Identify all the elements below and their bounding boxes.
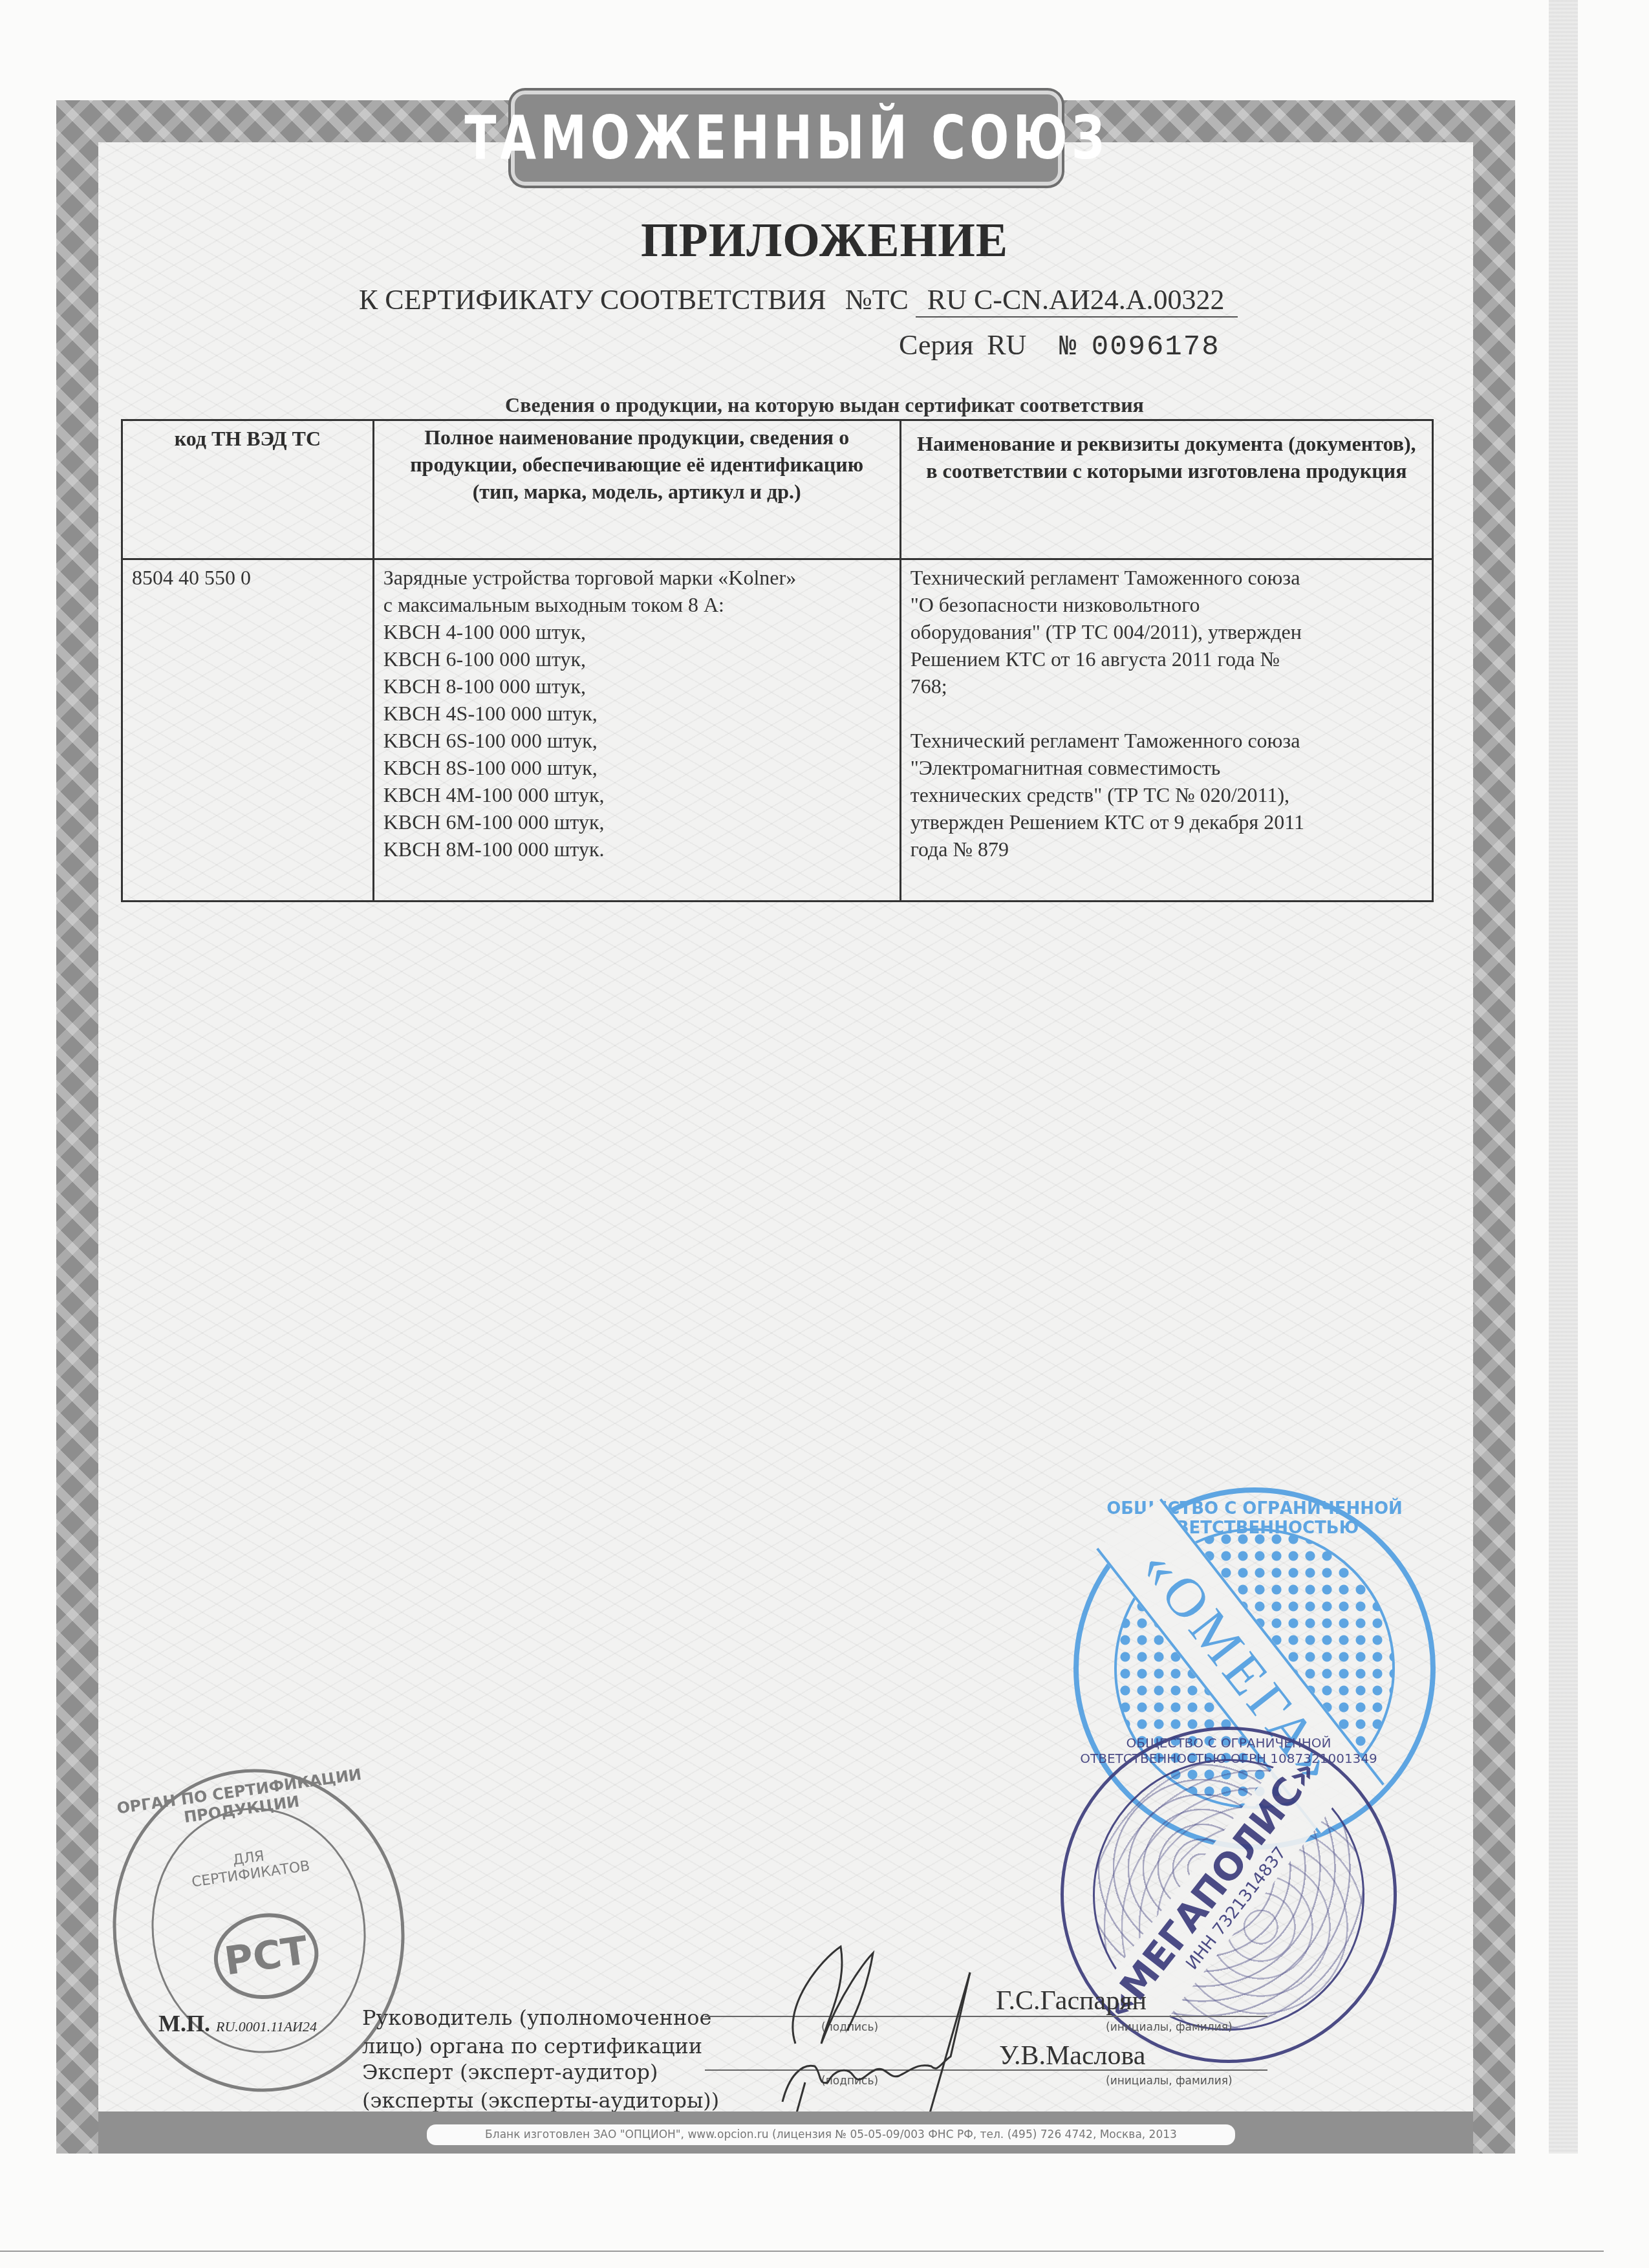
table-header-row: код ТН ВЭД ТС Полное наименование продук… bbox=[122, 420, 1433, 559]
regulation-line: 768; bbox=[911, 673, 1423, 700]
expert-label-line-1: Эксперт (эксперт-аудитор) bbox=[362, 2058, 719, 2086]
product-model: KBCH 8M-100 000 штук. bbox=[383, 836, 890, 863]
certificate-reference: К СЕРТИФИКАТУ СООТВЕТСТВИЯ №ТС RU C-CN.А… bbox=[359, 283, 1238, 318]
regulation-line: оборудования" (ТР ТС 004/2011), утвержде… bbox=[911, 618, 1423, 645]
series-label: Серия bbox=[899, 329, 973, 361]
head-label-line-1: Руководитель (уполномоченное bbox=[362, 2003, 711, 2032]
spacer bbox=[911, 700, 1423, 727]
cert-no-label: №ТС bbox=[845, 284, 909, 316]
product-model: KBCH 4S-100 000 штук, bbox=[383, 700, 890, 727]
regulation-line: Решением КТС от 16 августа 2011 года № bbox=[911, 645, 1423, 673]
customs-union-banner: ТАМОЖЕННЫЙ СОЮЗ bbox=[511, 91, 1062, 186]
cell-tn-ved-code: 8504 40 550 0 bbox=[122, 559, 374, 902]
form-printer-footer: Бланк изготовлен ЗАО "ОПЦИОН", www.opcio… bbox=[427, 2124, 1235, 2145]
head-label-line-2: лицо) органа по сертификации bbox=[362, 2032, 711, 2060]
expert-label-line-2: (эксперты (эксперты-аудиторы)) bbox=[362, 2086, 719, 2115]
table-row: 8504 40 550 0 Зарядные устройства торгов… bbox=[122, 559, 1433, 902]
regulation-line: технических средств" (ТР ТС № 020/2011), bbox=[911, 781, 1423, 808]
regulation-line: Технический регламент Таможенного союза bbox=[911, 727, 1423, 754]
product-model: KBCH 4M-100 000 штук, bbox=[383, 781, 890, 808]
scan-bottom-rule bbox=[0, 2251, 1604, 2252]
expert-name-caption: (инициалы, фамилия) bbox=[1106, 2075, 1233, 2088]
seal-code: RU.0001.11АИ24 bbox=[216, 2018, 317, 2035]
series-value: RU bbox=[987, 329, 1026, 361]
cert-number: RU C-CN.АИ24.А.00322 bbox=[916, 283, 1238, 318]
serial-no-label: № bbox=[1059, 331, 1077, 363]
cert-prefix: К СЕРТИФИКАТУ СООТВЕТСТВИЯ bbox=[359, 284, 826, 316]
product-model: KBCH 8-100 000 штук, bbox=[383, 673, 890, 700]
banner-text: ТАМОЖЕННЫЙ СОЮЗ bbox=[464, 103, 1108, 173]
regulation-line: года № 879 bbox=[911, 836, 1423, 863]
head-label: Руководитель (уполномоченное лицо) орган… bbox=[362, 2003, 711, 2060]
product-model: KBCH 8S-100 000 штук, bbox=[383, 754, 890, 781]
series-reference: Серия RU № 0096178 bbox=[899, 329, 1220, 363]
page-title: ПРИЛОЖЕНИЕ bbox=[0, 213, 1649, 268]
products-table: код ТН ВЭД ТС Полное наименование продук… bbox=[121, 419, 1434, 902]
regulation-line: "О безопасности низковольтного bbox=[911, 591, 1423, 618]
product-model: KBCH 6-100 000 штук, bbox=[383, 645, 890, 673]
table-caption: Сведения о продукции, на которую выдан с… bbox=[0, 393, 1649, 417]
regulation-line: утвержден Решением КТС от 9 декабря 2011 bbox=[911, 808, 1423, 836]
seal-place-mark: М.П. RU.0001.11АИ24 bbox=[158, 2010, 317, 2037]
product-model: KBCH 6S-100 000 штук, bbox=[383, 727, 890, 754]
product-model: KBCH 4-100 000 штук, bbox=[383, 618, 890, 645]
seal-mark: М.П. bbox=[158, 2011, 210, 2036]
head-name-caption: (инициалы, фамилия) bbox=[1106, 2021, 1233, 2034]
regulation-line: Технический регламент Таможенного союза bbox=[911, 564, 1423, 591]
tn-ved-code: 8504 40 550 0 bbox=[132, 564, 363, 591]
regulation-line: "Электромагнитная совместимость bbox=[911, 754, 1423, 781]
header-tn-ved-code: код ТН ВЭД ТС bbox=[122, 420, 374, 559]
serial-number: 0096178 bbox=[1092, 331, 1220, 363]
header-product-name: Полное наименование продукции, сведения … bbox=[373, 420, 900, 559]
scanner-edge-strip bbox=[1549, 0, 1578, 2154]
expert-name-line bbox=[996, 2069, 1267, 2071]
product-line: Зарядные устройства торговой марки «Koln… bbox=[383, 564, 890, 591]
product-model: KBCH 6M-100 000 штук, bbox=[383, 808, 890, 836]
header-documents: Наименование и реквизиты документа (доку… bbox=[900, 420, 1432, 559]
expert-label: Эксперт (эксперт-аудитор) (эксперты (экс… bbox=[362, 2058, 719, 2115]
product-line: с максимальным выходным током 8 А: bbox=[383, 591, 890, 618]
head-name-line bbox=[996, 2016, 1267, 2017]
cell-product-description: Зарядные устройства торговой марки «Koln… bbox=[373, 559, 900, 902]
cell-documents: Технический регламент Таможенного союза … bbox=[900, 559, 1432, 902]
